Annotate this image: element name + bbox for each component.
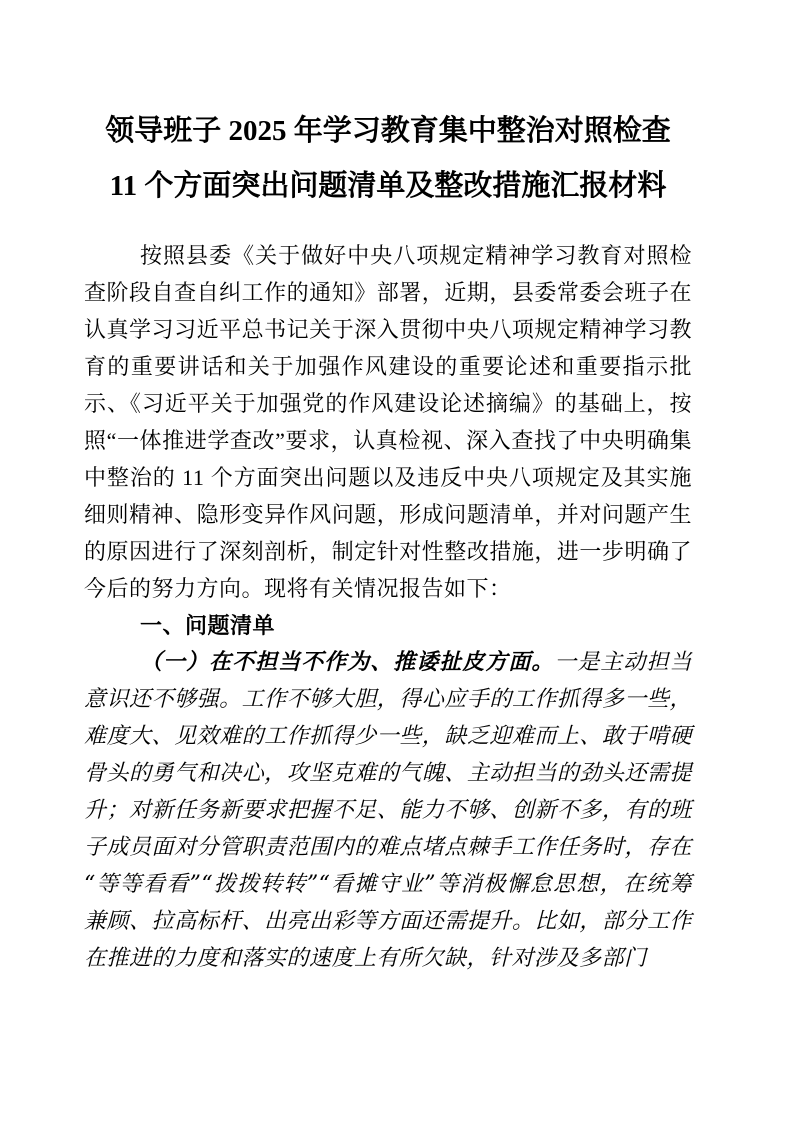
item-1-lead-sentence: （一）在不担当不作为、推诿扯皮方面。: [140, 649, 554, 675]
document-page: 领导班子 2025 年学习教育集中整治对照检查 11 个方面突出问题清单及整改措…: [0, 0, 793, 1122]
section-heading-problem-list: 一、问题清单: [84, 607, 692, 644]
document-title-line1: 领导班子 2025 年学习教育集中整治对照检查: [84, 104, 692, 159]
intro-paragraph: 按照县委《关于做好中央八项规定精神学习教育对照检查阶段自查自纠工作的通知》部署，…: [84, 237, 692, 607]
item-paragraph-1: （一）在不担当不作为、推诿扯皮方面。一是主动担当意识还不够强。工作不够大胆，得心…: [84, 644, 692, 977]
document-title-line2: 11 个方面突出问题清单及整改措施汇报材料: [84, 159, 692, 214]
document-title: 领导班子 2025 年学习教育集中整治对照检查 11 个方面突出问题清单及整改措…: [84, 104, 692, 214]
item-1-body-text: 一是主动担当意识还不够强。工作不够大胆，得心应手的工作抓得多一些，难度大、见效难…: [84, 650, 692, 971]
